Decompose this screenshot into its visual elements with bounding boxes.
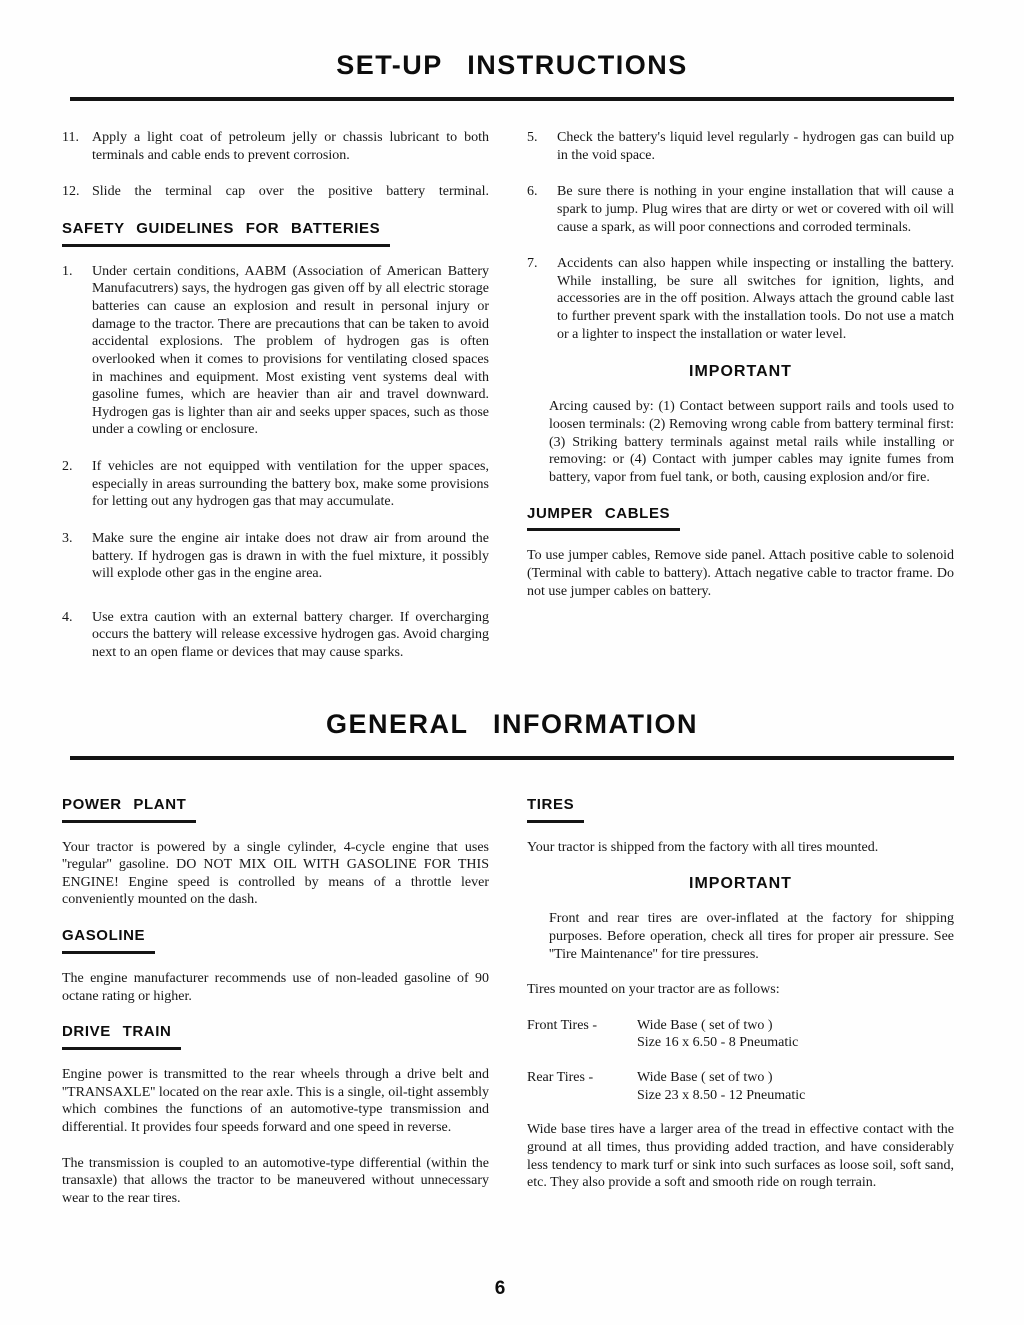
item-text: Make sure the engine air intake does not… xyxy=(92,530,489,583)
drive-train-heading: DRIVE TRAIN xyxy=(62,1023,181,1050)
item-text: Accidents can also happen while inspecti… xyxy=(557,255,954,343)
page-number: 6 xyxy=(0,1277,1000,1301)
jumper-paragraph: To use jumper cables, Remove side panel.… xyxy=(527,547,954,600)
front-tires-row: Front Tires - Wide Base ( set of two ) S… xyxy=(527,1017,954,1052)
item-text: Check the battery's liquid level regular… xyxy=(557,129,954,164)
drive-train-paragraph-2: The transmission is coupled to an automo… xyxy=(62,1155,489,1208)
item-number: 7. xyxy=(527,255,557,343)
safety-heading-wrap: SAFETY GUIDELINES FOR BATTERIES xyxy=(62,220,489,247)
item-text: If vehicles are not equipped with ventil… xyxy=(92,458,489,511)
rear-tires-label: Rear Tires - xyxy=(527,1069,637,1104)
page-title: SET-UP INSTRUCTIONS xyxy=(0,48,1024,82)
important-heading: IMPORTANT xyxy=(527,362,954,382)
front-tires-spec: Wide Base ( set of two ) Size 16 x 6.50 … xyxy=(637,1017,798,1052)
general-left-column: POWER PLANT Your tractor is powered by a… xyxy=(62,788,489,1226)
front-tires-label: Front Tires - xyxy=(527,1017,637,1052)
list-item: 7. Accidents can also happen while inspe… xyxy=(527,255,954,343)
drive-train-heading-wrap: DRIVE TRAIN xyxy=(62,1023,489,1050)
list-item: 3. Make sure the engine air intake does … xyxy=(62,530,489,583)
general-information-title: GENERAL INFORMATION xyxy=(0,707,1024,741)
gasoline-heading-wrap: GASOLINE xyxy=(62,927,489,954)
item-number: 12. xyxy=(62,183,92,201)
item-text: Apply a light coat of petroleum jelly or… xyxy=(92,129,489,164)
power-plant-heading: POWER PLANT xyxy=(62,796,196,823)
gasoline-paragraph: The engine manufacturer recommends use o… xyxy=(62,970,489,1005)
tires-important-paragraph: Front and rear tires are over-inflated a… xyxy=(549,910,954,963)
setup-right-column: 5. Check the battery's liquid level regu… xyxy=(527,129,954,681)
jumper-cables-heading: JUMPER CABLES xyxy=(527,505,680,532)
setup-left-column: 11. Apply a light coat of petroleum jell… xyxy=(62,129,489,681)
power-plant-paragraph: Your tractor is powered by a single cyli… xyxy=(62,839,489,910)
tires-important-heading: IMPORTANT xyxy=(527,874,954,894)
tires-heading-wrap: TIRES xyxy=(527,796,954,823)
item-number: 2. xyxy=(62,458,92,511)
item-text: Be sure there is nothing in your engine … xyxy=(557,183,954,236)
tires-follows-line: Tires mounted on your tractor are as fol… xyxy=(527,981,954,999)
list-item: 6. Be sure there is nothing in your engi… xyxy=(527,183,954,236)
front-tires-spec-line2: Size 16 x 6.50 - 8 Pneumatic xyxy=(637,1034,798,1052)
item-number: 11. xyxy=(62,129,92,164)
drive-train-paragraph-1: Engine power is transmitted to the rear … xyxy=(62,1066,489,1137)
jumper-heading-wrap: JUMPER CABLES xyxy=(527,505,954,532)
manual-page: SET-UP INSTRUCTIONS 11. Apply a light co… xyxy=(0,0,1024,1325)
list-item: 4. Use extra caution with an external ba… xyxy=(62,609,489,662)
setup-columns: 11. Apply a light coat of petroleum jell… xyxy=(0,101,1024,681)
safety-guidelines-heading: SAFETY GUIDELINES FOR BATTERIES xyxy=(62,220,390,247)
front-tires-spec-line1: Wide Base ( set of two ) xyxy=(637,1017,798,1035)
item-number: 1. xyxy=(62,263,92,439)
gasoline-heading: GASOLINE xyxy=(62,927,155,954)
rear-tires-row: Rear Tires - Wide Base ( set of two ) Si… xyxy=(527,1069,954,1104)
tires-heading: TIRES xyxy=(527,796,584,823)
list-item: 2. If vehicles are not equipped with ven… xyxy=(62,458,489,511)
list-item: 1. Under certain conditions, AABM (Assoc… xyxy=(62,263,489,439)
item-number: 6. xyxy=(527,183,557,236)
item-text: Under certain conditions, AABM (Associat… xyxy=(92,263,489,439)
item-text: Slide the terminal cap over the positive… xyxy=(92,183,489,201)
list-item: 11. Apply a light coat of petroleum jell… xyxy=(62,129,489,164)
tires-outro-paragraph: Wide base tires have a larger area of th… xyxy=(527,1121,954,1192)
item-text: Use extra caution with an external batte… xyxy=(92,609,489,662)
item-number: 4. xyxy=(62,609,92,662)
general-columns: POWER PLANT Your tractor is powered by a… xyxy=(0,760,1024,1226)
tires-intro-paragraph: Your tractor is shipped from the factory… xyxy=(527,839,954,857)
general-right-column: TIRES Your tractor is shipped from the f… xyxy=(527,788,954,1226)
power-plant-heading-wrap: POWER PLANT xyxy=(62,796,489,823)
rear-tires-spec-line2: Size 23 x 8.50 - 12 Pneumatic xyxy=(637,1087,805,1105)
list-item: 12. Slide the terminal cap over the posi… xyxy=(62,183,489,201)
arcing-paragraph: Arcing caused by: (1) Contact between su… xyxy=(549,398,954,486)
item-number: 3. xyxy=(62,530,92,583)
list-item: 5. Check the battery's liquid level regu… xyxy=(527,129,954,164)
rear-tires-spec: Wide Base ( set of two ) Size 23 x 8.50 … xyxy=(637,1069,805,1104)
item-number: 5. xyxy=(527,129,557,164)
rear-tires-spec-line1: Wide Base ( set of two ) xyxy=(637,1069,805,1087)
